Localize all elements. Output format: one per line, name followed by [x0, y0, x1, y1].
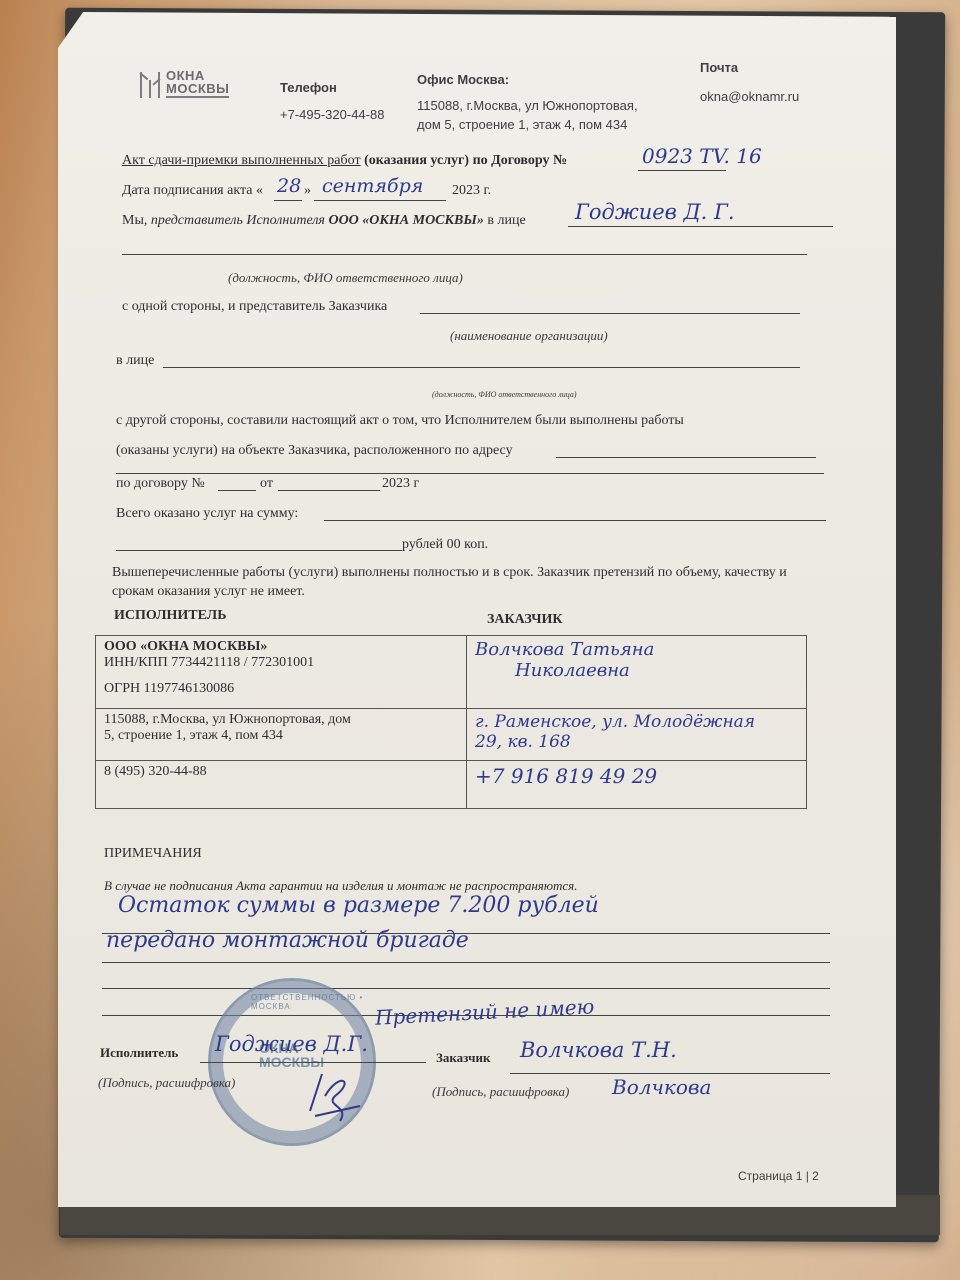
office-label: Офис Москва: [417, 72, 509, 87]
customer-address-cell: г. Раменское, ул. Молодёжная 29, кв. 168 [467, 709, 807, 761]
hint-org: (наименование организации) [450, 328, 608, 344]
rubles-text: рублей 00 коп. [402, 537, 488, 553]
logo-icon [140, 68, 162, 98]
act-title-main: Акт сдачи-приемки выполненных работ [122, 153, 361, 168]
mail-value: okna@oknamr.ru [700, 87, 799, 106]
mail-label: Почта [700, 60, 738, 75]
executor-address-line1: 115088, г.Москва, ул Южнопортовая, дом [104, 712, 458, 728]
services-at-text: (оказаны услуги) на объекте Заказчика, р… [116, 443, 513, 459]
customer-name-cell: Волчкова Татьяна Николаевна [467, 636, 807, 709]
executor-inn-kpp: ИНН/КПП 7734421118 / 772301001 [104, 655, 458, 671]
customer-address-line2: 29, кв. 168 [475, 732, 798, 752]
statement-text: Вышеперечисленные работы (услуги) выполн… [112, 563, 812, 601]
act-date-label: Дата подписания акта « [122, 183, 263, 199]
customer-sign-label: Заказчик [436, 1050, 490, 1066]
other-side-text: с другой стороны, составили настоящий ак… [116, 413, 684, 429]
executor-address-cell: 115088, г.Москва, ул Южнопортовая, дом 5… [96, 709, 467, 761]
notes-handwritten-line2: передано монтажной бригаде [106, 928, 469, 953]
executor-signature-scribble [300, 1066, 370, 1126]
contract-number-handwritten: 0923 TV. 16 [642, 144, 762, 168]
date-mid: » [304, 183, 311, 199]
phone-value: +7-495-320-44-88 [280, 105, 384, 124]
executor-address-line2: 5, строение 1, этаж 4, пом 434 [104, 728, 458, 744]
date-day-handwritten: 28 [277, 175, 301, 197]
executor-company: ООО «ОКНА МОСКВЫ» [104, 639, 458, 655]
total-text: Всего оказано услуг на сумму: [116, 506, 298, 522]
executor-company-cell: ООО «ОКНА МОСКВЫ» ИНН/КПП 7734421118 / 7… [96, 636, 467, 709]
in-person-text: в лице [116, 353, 154, 369]
year-text: 2023 г [382, 476, 419, 492]
executor-phone: 8 (495) 320-44-88 [104, 764, 458, 780]
one-side-text: с одной стороны, и представитель Заказчи… [122, 299, 387, 315]
hint-position-name: (должность, ФИО ответственного лица) [228, 270, 463, 286]
customer-phone: +7 916 819 49 29 [475, 764, 798, 788]
date-year: 2023 г. [452, 183, 491, 199]
office-address-line2: дом 5, строение 1, этаж 4, пом 434 [417, 115, 638, 134]
executor-sign-handwritten: Годжиев Д.Г. [215, 1032, 368, 1056]
customer-phone-cell: +7 916 819 49 29 [467, 761, 807, 809]
executor-sign-hint: (Подпись, расшифровка) [98, 1075, 235, 1091]
executor-phone-cell: 8 (495) 320-44-88 [96, 761, 467, 809]
office-address: 115088, г.Москва, ул Южнопортовая, дом 5… [417, 96, 638, 134]
customer-heading: ЗАКАЗЧИК [487, 612, 563, 628]
act-title-contract: (оказания услуг) по Договору № [361, 153, 568, 168]
customer-sign-hint: (Подпись, расшифровка) [432, 1084, 569, 1100]
executor-heading: ИСПОЛНИТЕЛЬ [114, 608, 226, 624]
executor-rep-sentence: Мы, представитель Исполнителя ООО «ОКНА … [122, 213, 526, 229]
office-address-line1: 115088, г.Москва, ул Южнопортовая, [417, 96, 638, 115]
phone-label: Телефон [280, 80, 337, 95]
notes-heading: ПРИМЕЧАНИЯ [104, 846, 202, 862]
date-month-handwritten: сентября [322, 175, 423, 197]
logo-line2: МОСКВЫ [166, 82, 229, 95]
customer-name-line1: Волчкова Татьяна [475, 639, 798, 660]
logo-line1: ОКНА [166, 69, 229, 82]
from-text: от [260, 476, 273, 492]
customer-name-line2: Николаевна [475, 660, 798, 681]
by-contract-text: по договору № [116, 476, 205, 492]
customer-sign-handwritten: Волчкова Т.Н. [520, 1038, 677, 1062]
notes-warning: В случае не подписания Акта гарантии на … [104, 878, 577, 894]
executor-rep-handwritten: Годжиев Д. Г. [575, 200, 735, 224]
stamp-ring-text: ОТВЕТСТВЕННОСТЬЮ • МОСКВА [251, 993, 373, 1011]
executor-ogrn: ОГРН 1197746130086 [104, 681, 458, 697]
requisites-table: ООО «ОКНА МОСКВЫ» ИНН/КПП 7734421118 / 7… [95, 635, 807, 809]
customer-address-line1: г. Раменское, ул. Молодёжная [475, 712, 798, 732]
act-title: Акт сдачи-приемки выполненных работ (ока… [122, 153, 567, 169]
page-number: Страница 1 | 2 [738, 1169, 819, 1183]
hint-position-name-small: (должность, ФИО ответственного лица) [432, 390, 577, 399]
executor-sign-label: Исполнитель [100, 1045, 178, 1061]
notes-handwritten-line1: Остаток суммы в размере 7.200 рублей [118, 893, 599, 918]
customer-signature-scribble: Волчкова [612, 1075, 711, 1099]
company-logo: ОКНА МОСКВЫ [140, 68, 229, 98]
